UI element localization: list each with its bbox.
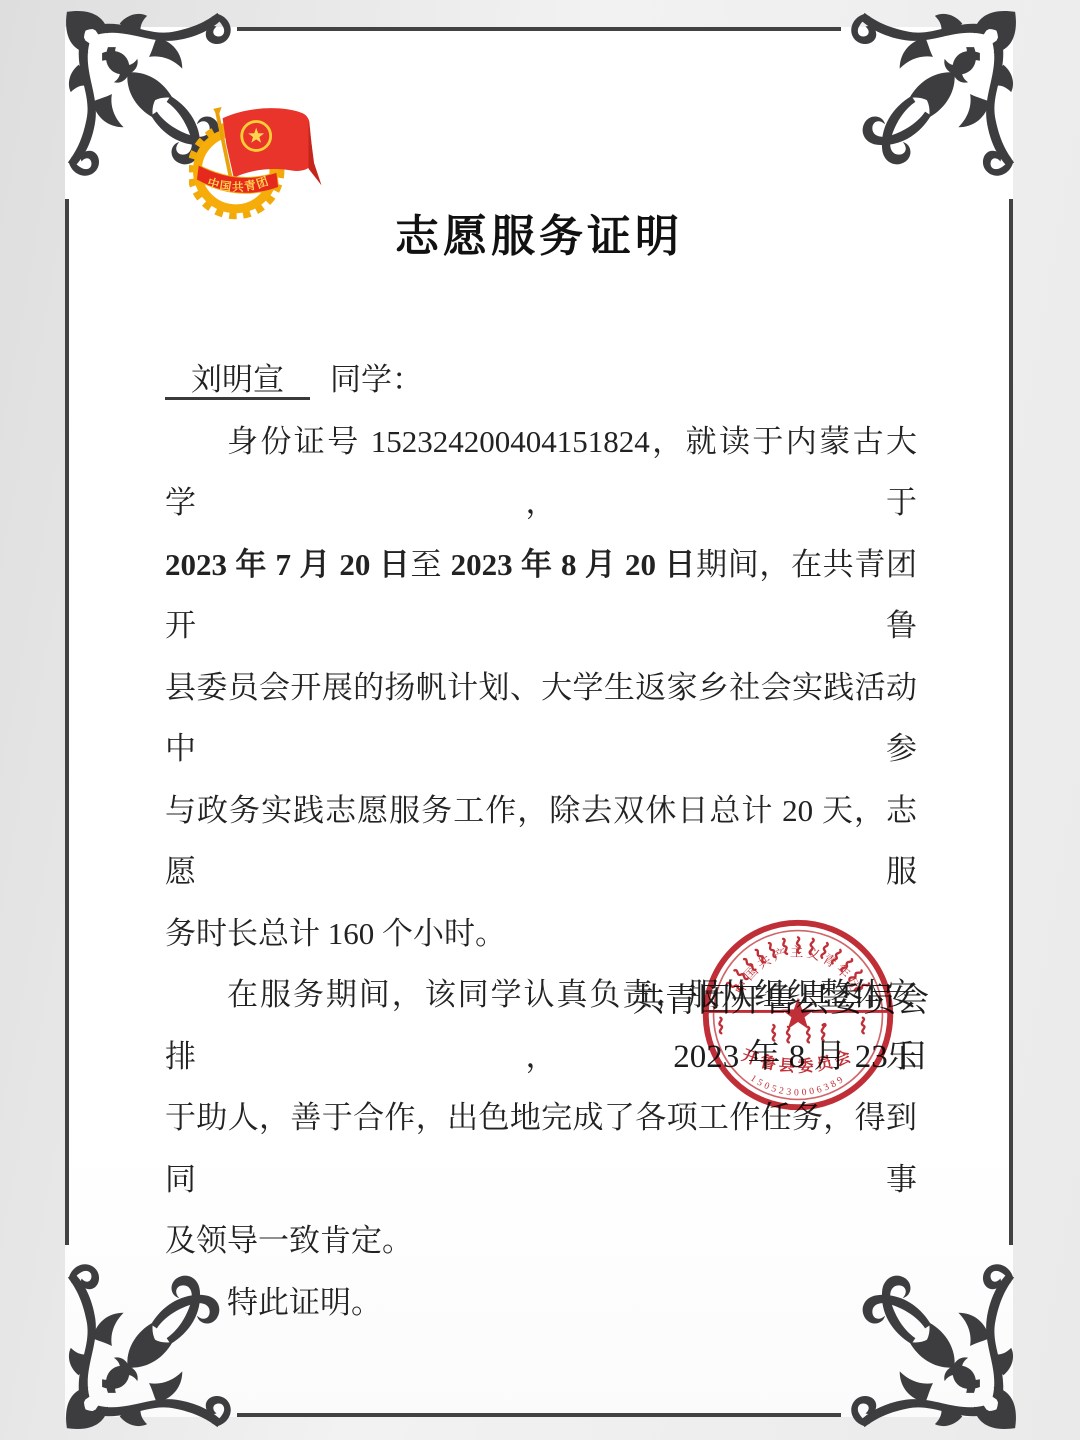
certificate-paper: 中国共青团 志愿服务证明 刘明宣同学： 身份证号 152324200404151… xyxy=(65,27,1013,1417)
greeting-line: 刘明宣同学： xyxy=(165,349,917,411)
corner-ornament-top-right-icon xyxy=(843,8,1019,184)
svg-text:中国共产主义青年团: 中国共产主义青年团 xyxy=(731,944,864,997)
youth-league-emblem: 中国共青团 xyxy=(189,105,329,222)
student-name: 刘明宣 xyxy=(165,362,310,400)
paragraph1-line1: 身份证号 152324200404151824，就读于内蒙古大学，于 xyxy=(165,411,917,534)
paragraph2-line3: 及领导一致肯定。 xyxy=(165,1210,917,1272)
svg-text:1505230006389: 1505230006389 xyxy=(748,1073,847,1098)
service-end-date: 2023 年 8 月 20 日 xyxy=(451,547,697,582)
seal-star-icon xyxy=(781,998,814,1029)
seal-org-text: 开鲁县委员会 xyxy=(739,1045,856,1076)
official-seal: 中国共产主义青年团 开鲁县委员会 1505230006389 xyxy=(693,910,903,1120)
certificate-body: 刘明宣同学： 身份证号 152324200404151824，就读于内蒙古大学，… xyxy=(165,349,917,1333)
border-bottom-line xyxy=(237,1413,841,1417)
closing-line: 特此证明。 xyxy=(165,1272,917,1334)
seal-left-bar xyxy=(708,1010,785,1013)
seal-right-bar xyxy=(812,1010,889,1013)
page-background: { "document": { "title": "志愿服务证明", "gree… xyxy=(0,0,1080,1440)
border-right-line xyxy=(1009,199,1013,1245)
seal-top-arc-text: 中国共产主义青年团 xyxy=(731,944,864,997)
greeting-suffix: 同学： xyxy=(330,362,423,397)
svg-text:开鲁县委员会: 开鲁县委员会 xyxy=(739,1045,856,1076)
date-connector: 至 xyxy=(411,547,451,582)
service-start-date: 2023 年 7 月 20 日 xyxy=(165,547,411,582)
paragraph1-line2: 2023 年 7 月 20 日至 2023 年 8 月 20 日期间，在共青团开… xyxy=(165,534,917,657)
certificate-title: 志愿服务证明 xyxy=(65,209,1013,265)
paragraph1-line3: 县委员会开展的扬帆计划、大学生返家乡社会实践活动中参 xyxy=(165,657,917,780)
paragraph1-line4: 与政务实践志愿服务工作，除去双休日总计 20 天，志愿服 xyxy=(165,780,917,903)
seal-serial-number: 1505230006389 xyxy=(748,1073,847,1098)
border-top-line xyxy=(237,27,841,31)
border-left-line xyxy=(65,199,69,1245)
